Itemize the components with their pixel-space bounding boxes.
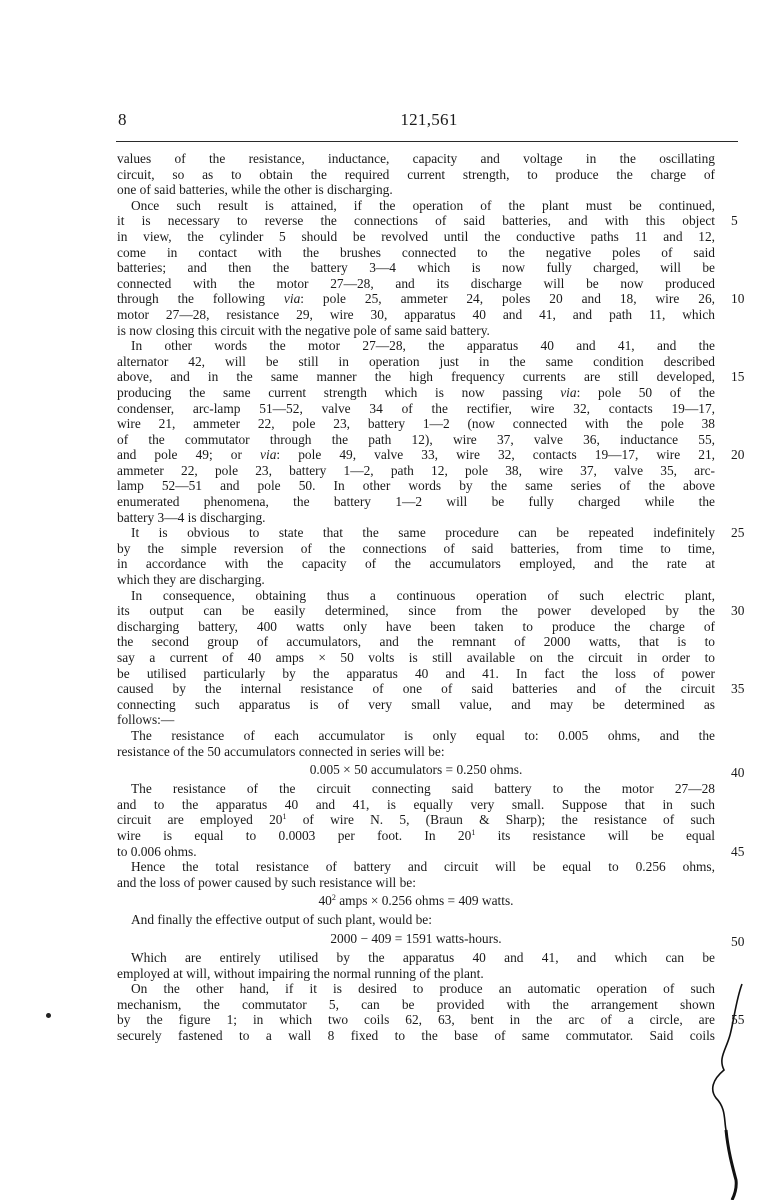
equation-line: 0.005 × 50 accumulators = 0.250 ohms.40 [117,759,715,781]
text-line: one of said batteries, while the other i… [117,182,715,198]
line-text: to 0.006 ohms. [117,844,197,859]
text-line: circuit are employed 201 of wire N. 5, (… [117,812,715,828]
line-text: be utilised particularly by the apparatu… [117,666,715,681]
margin-line-number: 20 [731,447,744,463]
line-text: wire is equal to 0.0003 per foot. In 201… [117,828,715,843]
text-line: resistance of the 50 accumulators connec… [117,744,715,760]
text-line: in accordance with the capacity of the a… [117,556,715,572]
line-text: Hence the total resistance of battery an… [131,859,715,874]
line-text: In consequence, obtaining thus a continu… [131,588,715,603]
line-text: by the figure 1; in which two coils 62, … [117,1012,715,1027]
line-text: And finally the effective output of such… [131,912,432,927]
text-line: lamp 52—51 and pole 50. In other words b… [117,478,715,494]
line-text: and the loss of power caused by such res… [117,875,416,890]
text-line: it is necessary to reverse the connectio… [117,213,715,229]
document-page: 8 121,561 values of the resistance, indu… [0,0,776,1200]
text-line: circuit, so as to obtain the required cu… [117,167,715,183]
line-text: connecting such apparatus is of very sma… [117,697,715,712]
patent-number: 121,561 [118,110,740,130]
text-line: wire is equal to 0.0003 per foot. In 201… [117,828,715,844]
text-line: the second group of accumulators, and th… [117,634,715,650]
line-text: The resistance of each accumulator is on… [131,728,715,743]
equation-line: 402 amps × 0.256 ohms = 409 watts. [117,890,715,912]
text-line: connected with the motor 27—28, and its … [117,276,715,292]
line-text: The resistance of the circuit connecting… [131,781,715,796]
text-line: is now closing this circuit with the neg… [117,323,715,339]
text-line: Once such result is attained, if the ope… [117,198,715,214]
text-line: follows:— [117,712,715,728]
line-text: enumerated phenomena, the battery 1—2 wi… [117,494,715,509]
line-text: through the following via: pole 25, amme… [117,291,715,306]
text-line: caused by the internal resistance of one… [117,681,715,697]
margin-line-number: 40 [731,762,744,784]
line-text: come in contact with the brushes connect… [117,245,715,260]
text-line: and the loss of power caused by such res… [117,875,715,891]
line-text: 2000 − 409 = 1591 watts-hours. [330,931,501,946]
text-line: in view, the cylinder 5 should be revolv… [117,229,715,245]
text-line: The resistance of the circuit connecting… [117,781,715,797]
line-text: the second group of accumulators, and th… [117,634,715,649]
scan-speck [46,1013,51,1018]
text-line: wire 21, ammeter 22, pole 23, battery 1—… [117,416,715,432]
line-text: lamp 52—51 and pole 50. In other words b… [117,478,715,493]
text-line: to 0.006 ohms.45 [117,844,715,860]
line-text: ammeter 22, pole 23, battery 1—2, path 1… [117,463,715,478]
line-text: which they are discharging. [117,572,265,587]
text-line: securely fastened to a wall 8 fixed to t… [117,1028,715,1044]
line-text: caused by the internal resistance of one… [117,681,715,696]
line-text: motor 27—28, resistance 29, wire 30, app… [117,307,715,322]
line-text: connected with the motor 27—28, and its … [117,276,715,291]
line-text: is now closing this circuit with the neg… [117,323,490,338]
text-line: batteries; and then the battery 3—4 whic… [117,260,715,276]
text-line: connecting such apparatus is of very sma… [117,697,715,713]
text-line: It is obvious to state that the same pro… [117,525,715,541]
line-text: its output can be easily determined, sin… [117,603,715,618]
text-line: battery 3—4 is discharging. [117,510,715,526]
text-line: condenser, arc-lamp 51—52, valve 34 of t… [117,401,715,417]
text-line: And finally the effective output of such… [117,912,715,928]
line-text: Once such result is attained, if the ope… [131,198,715,213]
text-line: producing the same current strength whic… [117,385,715,401]
margin-line-number: 45 [731,844,744,860]
text-line: come in contact with the brushes connect… [117,245,715,261]
line-text: On the other hand, if it is desired to p… [131,981,715,996]
margin-line-number: 5 [731,213,738,229]
text-line: ammeter 22, pole 23, battery 1—2, path 1… [117,463,715,479]
text-line: by the simple reversion of the connectio… [117,541,715,557]
text-line: In consequence, obtaining thus a continu… [117,588,715,604]
line-text: above, and in the same manner the high f… [117,369,715,384]
text-line: of the commutator through the path 12), … [117,432,715,448]
line-text: batteries; and then the battery 3—4 whic… [117,260,715,275]
line-text: In other words the motor 27—28, the appa… [131,338,715,353]
text-line: through the following via: pole 25, amme… [117,291,715,307]
line-text: Which are entirely utilised by the appar… [131,950,715,965]
text-line: enumerated phenomena, the battery 1—2 wi… [117,494,715,510]
line-text: follows:— [117,712,174,727]
text-line: mechanism, the commutator 5, can be prov… [117,997,715,1013]
line-text: resistance of the 50 accumulators connec… [117,744,445,759]
line-text: in view, the cylinder 5 should be revolv… [117,229,715,244]
line-text: 0.005 × 50 accumulators = 0.250 ohms. [310,762,523,777]
text-line: be utilised particularly by the apparatu… [117,666,715,682]
line-text: it is necessary to reverse the connectio… [117,213,715,228]
text-line: which they are discharging. [117,572,715,588]
line-text: employed at will, without impairing the … [117,966,484,981]
text-line: and to the apparatus 40 and 41, is equal… [117,797,715,813]
line-text: and to the apparatus 40 and 41, is equal… [117,797,715,812]
line-text: by the simple reversion of the connectio… [117,541,715,556]
line-text: values of the resistance, inductance, ca… [117,151,715,166]
text-line: above, and in the same manner the high f… [117,369,715,385]
text-line: and pole 49; or via: pole 49, valve 33, … [117,447,715,463]
text-line: by the figure 1; in which two coils 62, … [117,1012,715,1028]
line-text: circuit, so as to obtain the required cu… [117,167,715,182]
line-text: wire 21, ammeter 22, pole 23, battery 1—… [117,416,715,431]
text-line: In other words the motor 27—28, the appa… [117,338,715,354]
line-text: 402 amps × 0.256 ohms = 409 watts. [318,893,513,908]
text-line: Hence the total resistance of battery an… [117,859,715,875]
page-header: 8 121,561 [118,110,740,132]
text-line: say a current of 40 amps × 50 volts is s… [117,650,715,666]
line-text: alternator 42, will be still in operatio… [117,354,715,369]
line-text: battery 3—4 is discharging. [117,510,266,525]
line-text: condenser, arc-lamp 51—52, valve 34 of t… [117,401,715,416]
text-line: motor 27—28, resistance 29, wire 30, app… [117,307,715,323]
margin-bracket-mark [690,980,750,1200]
text-line: employed at will, without impairing the … [117,966,715,982]
text-line: The resistance of each accumulator is on… [117,728,715,744]
line-text: and pole 49; or via: pole 49, valve 33, … [117,447,715,462]
line-text: securely fastened to a wall 8 fixed to t… [117,1028,715,1043]
line-text: say a current of 40 amps × 50 volts is s… [117,650,715,665]
line-text: circuit are employed 201 of wire N. 5, (… [117,812,715,827]
margin-line-number: 30 [731,603,744,619]
line-text: discharging battery, 400 watts only have… [117,619,715,634]
text-line: alternator 42, will be still in operatio… [117,354,715,370]
body-text: values of the resistance, inductance, ca… [117,151,715,1043]
line-text: It is obvious to state that the same pro… [131,525,715,540]
text-line: values of the resistance, inductance, ca… [117,151,715,167]
line-text: mechanism, the commutator 5, can be prov… [117,997,715,1012]
text-line: Which are entirely utilised by the appar… [117,950,715,966]
equation-line: 2000 − 409 = 1591 watts-hours.50 [117,928,715,950]
line-text: producing the same current strength whic… [117,385,715,400]
margin-line-number: 10 [731,291,744,307]
margin-line-number: 50 [731,931,744,953]
margin-line-number: 25 [731,525,744,541]
line-text: of the commutator through the path 12), … [117,432,715,447]
header-rule [116,141,738,142]
text-line: its output can be easily determined, sin… [117,603,715,619]
text-line: On the other hand, if it is desired to p… [117,981,715,997]
line-text: one of said batteries, while the other i… [117,182,393,197]
text-line: discharging battery, 400 watts only have… [117,619,715,635]
line-text: in accordance with the capacity of the a… [117,556,715,571]
margin-line-number: 15 [731,369,744,385]
margin-line-number: 35 [731,681,744,697]
